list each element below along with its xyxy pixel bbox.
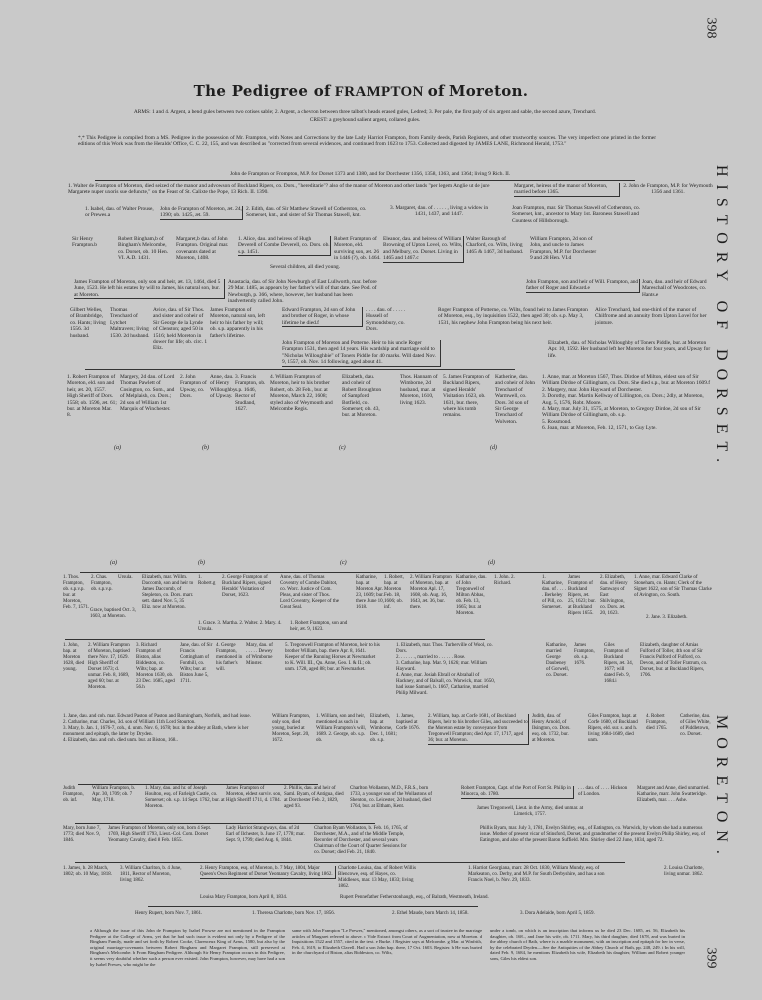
grandchild-henry-rupert: Henry Rupert, born Nov. 7, 1861. xyxy=(135,911,255,917)
person-phillis-shirley: Phillis Byam, mar. July 3, 1781, Evelyn … xyxy=(480,826,712,844)
crest-text: CREST: a greyhound salient argent, colla… xyxy=(75,117,655,123)
person-elizabeth-1681: Elizabeth, bap. at Wimborne, Dec. 1, 168… xyxy=(370,714,398,744)
side-title-moreton: MORETON. xyxy=(712,715,730,935)
person-elizabeth-samways: 2. Elizabeth, dau. of Henry Samways of E… xyxy=(600,575,630,617)
person-james-1523: James Frampton of Moreton, only son and … xyxy=(74,279,225,299)
footnote-col-2: same with John Frampton "Le Prewes," men… xyxy=(292,928,482,956)
person-william-1681: 2. William, bap. at Corfe 1681, of Buckl… xyxy=(428,714,529,745)
person-edward: Edward Frampton, 2d son of John and brot… xyxy=(282,307,363,327)
footnote-col-1: a Although the issue of this John de Fra… xyxy=(90,928,285,967)
person-avice: Avice, dau. of Sir Thos. and sister and … xyxy=(153,307,208,352)
person-charlton-byam: Charlton Byam Wollaston, b. Feb. 16, 176… xyxy=(314,826,409,856)
person-alice-deverell: 1. Alice, dau. and heiress of Hugh Dever… xyxy=(238,236,331,256)
person-anne-willoughby: Anne, dau. of Henry Willoughby of Upway. xyxy=(210,374,234,400)
footnote-col-3: under a tomb, on which is an inscription… xyxy=(490,928,685,962)
person-john-son-will: John Frampton, son and heir of Will. Fra… xyxy=(526,279,640,293)
person-margaret-anne: Margaret and Anne, died unmarried. Katha… xyxy=(637,786,713,804)
person-rupert: Rupert Pennefather Fetherstonhaugh, esq.… xyxy=(340,895,580,901)
label-b: (b) xyxy=(198,560,205,566)
person-chas: 2. Chas. Frampton, ob. s.p.v.p. xyxy=(91,575,116,593)
person-charlotte-louisa: Charlotte Louisa, dau. of Robert Willis … xyxy=(338,866,418,890)
person-james-1784: James Frampton of Moreton, eldest surviv… xyxy=(226,786,282,804)
person-louisa-charlotte: 2. Louisa Charlotte, living unmar. 1862. xyxy=(664,866,712,878)
person-tregonwell: 5. Tregonwell Frampton of Moreton, heir … xyxy=(285,643,380,673)
arms-text: ARMS: 1 and 4. Argent, a bend gules betw… xyxy=(75,109,655,115)
person-james-tregonwell: James Tregonwell, Lieut. in the Army, di… xyxy=(470,806,590,818)
person-elizabeth-daccomb: Elizabeth, mar. Willm. Daccomb, son and … xyxy=(142,575,194,611)
person-margery-pawlett: Margery, 2d dau. of Lord Thomas Pawlett … xyxy=(120,374,175,412)
daughters-list: 1. Anne, mar. at Moreton 1567, Thos. Dir… xyxy=(542,374,714,432)
person-jane-cottingham: Jane, dau. of Sir Francis Cottingham of … xyxy=(180,643,213,685)
sister-elizabeth: 1. Elizabeth, mar. Thos. Turberville of … xyxy=(396,643,496,655)
richard-daughters: 1. Jane, dau. and coh. mar. Edward Pasto… xyxy=(63,714,269,744)
person-john-potterne: John Frampton of Moreton and Potterne. H… xyxy=(282,340,441,367)
person-robert-bingham: Robert Bingham,b of Bingham's Melcombe, … xyxy=(118,236,173,262)
person-robert-1557: 1. Robert Frampton of Moreton, eld. son … xyxy=(67,374,117,419)
grandchild-ethel: 2. Ethel Maude, born March 14, 1858. xyxy=(392,911,512,917)
person-richard-biston: 3. Richard Frampton of Biston, alias Bid… xyxy=(136,643,176,691)
label-a-top: (a) xyxy=(114,445,121,451)
side-title-history: HISTORY OF DORSET. xyxy=(712,165,730,565)
daughter-joan: 6. Joan, mar. at Moreton, Feb. 12, 1571,… xyxy=(542,425,714,431)
title-family: FRAMPTON xyxy=(335,84,424,100)
person-james-1676: James Frampton, ob. s.p. 1676. xyxy=(574,643,596,667)
person-katharine-daubeney: Katharine, married George Daubeney of Go… xyxy=(546,643,571,679)
several-children: Several children, all died young. xyxy=(270,264,390,270)
person-james-1818: 1. James, b. 28 March, 1802; ob. 10 May,… xyxy=(63,866,113,878)
page-number-top: 398 xyxy=(703,18,719,39)
person-james-5: 5. James Frampton of Buckland Ripers, si… xyxy=(443,374,491,419)
person-mary-1773: Mary, born June 7, 1773; died Nov. 9, 18… xyxy=(63,826,103,844)
intro-note: *,* This Pedigree is compiled from a MS.… xyxy=(78,135,656,148)
daughter-dorothy: 3. Dorothy, mar. Martin Kellway of Lilli… xyxy=(542,393,714,406)
person-william-4: 4. William Frampton of Moreton, heir to … xyxy=(270,374,338,412)
grace-martha-walter: 1. Grace. 3. Martha. 2. Walter. 2. Mary.… xyxy=(198,621,288,633)
person-robert-eldest: Robert Frampton of Moreton, eld. survivi… xyxy=(334,236,382,262)
daughter-anne: 1. Anne, mar. at Moreton 1567, Thos. Dir… xyxy=(542,374,714,387)
person-giles-buckland: Giles Frampton of Buckland Ripers, æt. 3… xyxy=(604,643,634,685)
dau-elizabeth-biston: 4. Elizabeth, dau. and coh. died unm. bu… xyxy=(63,738,269,744)
person-roger: Roger Frampton of Potterne, co. Wilts, f… xyxy=(438,307,588,326)
person-anne-clarke: 1. Anne, mar. Edward Clarke of Stoneham,… xyxy=(634,575,712,599)
person-william-heir: 1. William, son and heir, mentioned as s… xyxy=(316,714,366,744)
title-of: of xyxy=(428,82,445,100)
person-john-moreton: John de Frampton of Moreton, æt. 24, 139… xyxy=(160,206,243,220)
person-katherine-trenchard: Katherine, dau. and coheir of John Trenc… xyxy=(495,374,535,425)
person-robert-1606: 1. Robert, bap. at Moreton Feb. 18, 1606… xyxy=(384,575,410,611)
person-james-buckland: James Frampton of Buckland Ripers, æt. 2… xyxy=(568,575,596,617)
person-john-richard: 1. John. 2. Richard. xyxy=(494,575,516,587)
person-john-1628: 1. John, bap. at Moreton 1628, died youn… xyxy=(63,643,85,673)
person-sir-henry: Sir Henry Frampton.b xyxy=(72,236,112,249)
person-margaret-heiress: Margaret, heiress of the manor of Moreto… xyxy=(514,183,620,197)
tregonwell-sisters: 1. Elizabeth, mar. Thos. Turberville of … xyxy=(396,643,496,697)
person-george-buckland: 2. George Frampton of Buckland Ripers, s… xyxy=(222,575,276,599)
person-elizabeth-fulford: Elizabeth, daughter of Amias Fulford of … xyxy=(640,643,710,679)
person-giles-1680: Giles Frampton, bapt. at Corfe 1680, of … xyxy=(588,714,643,744)
person-jane-elizabeth: 2. Jane. 3. Elizabeth. xyxy=(646,615,706,621)
person-joan-stawell: Joan Frampton, mar. Sir Thomas Stawell o… xyxy=(512,205,652,224)
person-anastacia: Anastacia, dau. of Sir John Newburgh of … xyxy=(228,279,378,305)
person-thos-hannam: Thos. Hannam of Wimborne, 2d husband, ma… xyxy=(400,374,440,406)
person-alice-trenchard: Alice Trenchard, had one-third of the ma… xyxy=(595,307,711,326)
person-edith: 2. Edith, dau. of Sir Matthew Stawell of… xyxy=(246,206,376,219)
person-elizabeth-broughton: Elizabeth, dau. and coheir of Robert Bro… xyxy=(342,374,382,419)
daughter-mary: 4. Mary, mar. July 31, 1575, at Moreton,… xyxy=(542,406,714,419)
person-james-1855: James Frampton of Moreton, only son, bor… xyxy=(108,826,220,844)
person-mary-dewey: Mary, dau. of . . . . . Dewey of Wimborn… xyxy=(246,643,274,667)
person-katharine-berkeley: 1. Katharine, dau. of . . . . . Berkeley… xyxy=(542,575,567,611)
label-a: (a) xyxy=(110,560,117,566)
person-lady-harriot: Lady Harriot Strangways, dau. of 2d Earl… xyxy=(226,826,308,844)
person-isabel: 1. Isabel, dau. of Walter Prouse, or Pre… xyxy=(85,206,157,219)
title-place: Moreton. xyxy=(449,82,529,100)
person-james-1676b: 1. James, baptised at Corfe 1676. xyxy=(396,714,422,732)
label-d: (d) xyxy=(488,560,495,566)
person-elizabeth-willoughby: Elizabeth, dau. of Nicholas Willoughby o… xyxy=(548,340,713,359)
person-william-only: William Frampton, only son, died young, … xyxy=(272,714,312,744)
person-robert-1765: 4. Robert Frampton, died 1765. xyxy=(646,714,676,732)
person-grace-1603: Grace, baptised Oct. 3, 1603, at Moreton… xyxy=(90,608,140,620)
person-dau-hussell: . . . . dau. of . . . . . Hussell of Sym… xyxy=(366,307,416,333)
sister-anne: 4. Anne, mar. Josiah Ebrall or Abrahall … xyxy=(396,673,496,697)
person-thomas-trenchard: Thomas Trenchard of Lytchet Maltravers; … xyxy=(110,307,150,339)
person-francis: 3. Francis Frampton, ob. s.p. 1646, Rect… xyxy=(235,374,267,412)
person-robert-b: 1. Robert.g xyxy=(198,575,220,587)
person-walter-barough: Walter Barough of Charford, co. Wilts, l… xyxy=(466,236,526,255)
person-william-1709: William Frampton, b. Apr. 30, 1709; ob. … xyxy=(92,786,140,804)
person-phillis-byam: 2. Phillis, dau. and heir of Saml. Byam,… xyxy=(284,786,346,810)
person-anne-coventry: Anne, dau. of Thomas Coventry of Combe D… xyxy=(280,575,340,611)
person-john-de-frampton: John de Frampton or Frompton, M.P. for D… xyxy=(230,171,650,177)
label-c: (c) xyxy=(340,560,347,566)
person-judith-inf: Judith Frampton, ob. inf. xyxy=(63,786,91,804)
person-harriot-georgiana: 1. Harriot Georgiana, marr. 28 Oct. 1830… xyxy=(468,866,618,884)
person-robert-port: Robert Frampton, Capt. of the Port of Fo… xyxy=(461,786,574,799)
person-james-natural: James Frampton of Moreton, natural son, … xyxy=(210,307,265,339)
label-d-top: (d) xyxy=(490,445,497,451)
page-number-bottom: 399 xyxy=(703,948,719,969)
person-william-charlton: 3. William Charlton, b. 4 June, 1811, Re… xyxy=(120,866,182,884)
person-john-mp: 2. John de Frampton, M.P. for Weymouth 1… xyxy=(618,183,718,196)
page-title: The Pedigree of FRAMPTON of Moreton. xyxy=(0,82,742,101)
person-thos: 1. Thos. Frampton, ob. s.p.v.p. bur. at … xyxy=(63,575,91,611)
person-eleanor: Eleanor, dau. and heiress of William Bro… xyxy=(383,236,464,263)
person-william-1629: 2. William Frampton of Moreton, baptised… xyxy=(88,643,133,691)
person-william-1608: 2. William Frampton of Moreton, bap. at … xyxy=(410,575,452,611)
person-henry-1804: 2. Henry Frampton, esq. of Moreton, b. 7… xyxy=(200,866,336,879)
person-joan-mareschall: Joan, dau. and heir of Edward Mareschall… xyxy=(642,279,714,298)
person-robert-son-heir: 1. Robert Frampton, son and heir, æt. 9,… xyxy=(290,621,352,633)
title-prefix: The Pedigree of xyxy=(194,82,331,100)
dau-mary-bath: 3. Mary, b. Jan. 1, 1676-7, coh., d. unm… xyxy=(63,726,269,738)
person-dau-hickson: . . . dau. of . . . . Hickson of London. xyxy=(578,786,628,798)
person-gilbert-welles: Gilbert Welles, of Brambridge, co. Hants… xyxy=(70,307,106,339)
sister-catharine: 3. Catharine, bap. Mar. 9, 1626; mar. Wi… xyxy=(396,661,496,673)
person-william-2d: William Frampton, 2d son of John, and un… xyxy=(530,236,600,262)
person-katharine-tregonwell: Katharine, dau. of John Tregonwell of Mi… xyxy=(456,575,492,617)
person-walter: 1. Walter de Frampton of Moreton, died s… xyxy=(68,183,508,196)
grandchild-theresa: 1. Theresa Charlotte, born Nov. 17, 1856… xyxy=(252,911,382,917)
person-margaret-bingham: Margaret,b dau. of John Frampton. Origin… xyxy=(176,236,231,262)
label-b-top: (b) xyxy=(202,445,209,451)
person-charlton-wollaston: Charlton Wollaston, M.D., F.R.S., born 1… xyxy=(350,786,432,810)
person-george-4: 4. George Frampton, mentioned in his fat… xyxy=(216,643,244,673)
person-louisa-mary: Louisa Mary Frampton, born April 8, 1834… xyxy=(200,895,340,901)
person-mary-houlton: 1. Mary, dau. and hr. of Joseph Houlton,… xyxy=(145,786,225,810)
person-john-upway: 2. John Frampton of Upway, co. Dors. xyxy=(180,374,208,400)
person-judith-arnold: Judith, dau. of Henry Arnold, of Ilsingt… xyxy=(532,714,572,744)
person-margaret-widow: 3. Margaret, dau. of . . . . . , living … xyxy=(384,205,494,218)
label-c-top: (c) xyxy=(339,445,346,451)
person-catherine-white: Catherine, dau. of Giles White, of Piddl… xyxy=(680,714,712,738)
person-ursula: Ursula. xyxy=(118,575,136,581)
person-katharine-1609: Katharine, bap. at Moreton Apr. 23, 1609… xyxy=(356,575,384,611)
grandchild-dora: 3. Dora Adelaide, born April 5, 1859. xyxy=(520,911,650,917)
